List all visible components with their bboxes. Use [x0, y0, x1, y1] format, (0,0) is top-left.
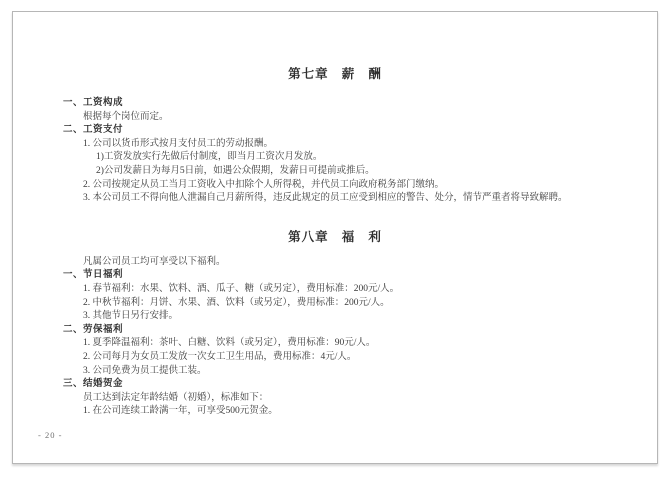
- document-page: 第七章 薪 酬 一、工资构成 根据每个岗位而定。 二、工资支付 1. 公司以货币…: [12, 11, 658, 464]
- ch7-s2-subline: 2)公司发薪日为每月5日前，如遇公众假期，发薪日可提前或推后。: [13, 165, 657, 179]
- ch8-s1-line: 3. 其他节日另行安排。: [13, 310, 657, 324]
- ch8-s3-line: 1. 在公司连续工龄满一年，可享受500元贺金。: [13, 405, 657, 419]
- ch7-section-2-heading: 二、工资支付: [13, 124, 657, 138]
- ch8-s1-line: 2. 中秋节福利：月饼、水果、酒、饮料（或另定），费用标准：200元/人。: [13, 297, 657, 311]
- page-number: - 20 -: [38, 430, 62, 440]
- chapter-8-title: 第八章 福 利: [13, 230, 657, 245]
- ch7-section-1-heading: 一、工资构成: [13, 97, 657, 111]
- chapter-7-title: 第七章 薪 酬: [13, 67, 657, 82]
- ch8-s2-line: 2. 公司每月为女员工发放一次女工卫生用品，费用标准：4元/人。: [13, 351, 657, 365]
- ch8-s2-line: 1. 夏季降温福利：茶叶、白糖、饮料（或另定），费用标准：90元/人。: [13, 337, 657, 351]
- ch8-section-1-heading: 一、节日福利: [13, 269, 657, 283]
- ch7-s2-line: 2. 公司按规定从员工当月工资收入中扣除个人所得税，并代员工向政府税务部门缴纳。: [13, 179, 657, 193]
- ch7-s2-subline: 1)工资发放实行先做后付制度，即当月工资次月发放。: [13, 151, 657, 165]
- ch8-section-3-heading: 三、结婚贺金: [13, 378, 657, 392]
- ch8-s2-line: 3. 公司免费为员工提供工装。: [13, 365, 657, 379]
- document-canvas: 第七章 薪 酬 一、工资构成 根据每个岗位而定。 二、工资支付 1. 公司以货币…: [0, 0, 670, 478]
- ch8-intro-line: 凡属公司员工均可享受以下福利。: [13, 256, 657, 270]
- ch8-s1-line: 1. 春节福利：水果、饮料、酒、瓜子、糖（或另定），费用标准：200元/人。: [13, 283, 657, 297]
- ch7-s2-line: 3. 本公司员工不得向他人泄漏自己月薪所得，违反此规定的员工应受到相应的警告、处…: [13, 192, 657, 206]
- ch8-s3-line: 员工达到法定年龄结婚（初婚），标准如下：: [13, 392, 657, 406]
- ch7-s1-line: 根据每个岗位而定。: [13, 111, 657, 125]
- ch8-section-2-heading: 二、劳保福利: [13, 324, 657, 338]
- ch7-s2-line: 1. 公司以货币形式按月支付员工的劳动报酬。: [13, 138, 657, 152]
